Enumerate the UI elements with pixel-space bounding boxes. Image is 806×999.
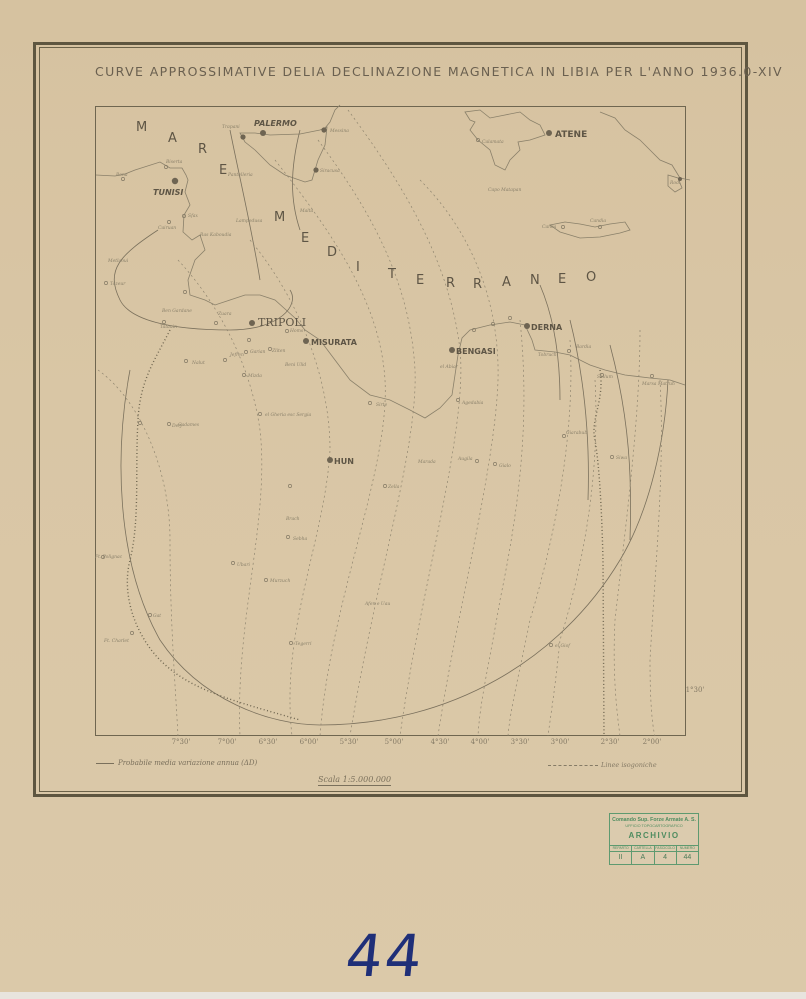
city-dot-messina (321, 127, 326, 132)
svg-text:Beni Ulid: Beni Ulid (284, 362, 306, 368)
sea-letter: N (530, 273, 540, 288)
legend-solid-label: Probabile media variazione annua (ΔD) (118, 759, 257, 767)
isogonic-label: 3°00' (551, 738, 570, 746)
curve-solid-2 (121, 370, 668, 725)
svg-text:Tatauin: Tatauin (160, 324, 177, 330)
isogonic-label: 2°30' (601, 738, 620, 746)
svg-text:Zliten: Zliten (271, 348, 285, 354)
svg-text:Mizda: Mizda (247, 373, 262, 379)
isogonic-label: 6°00' (300, 738, 319, 746)
coastline-greece (465, 110, 545, 170)
svg-text:Gialo: Gialo (499, 463, 511, 469)
curve-solid-5 (540, 285, 560, 400)
svg-text:Siwa: Siwa (616, 455, 627, 461)
stamp-command: Comando Sup. Forze Armate A. S. (610, 817, 698, 823)
city-dot-tripoli (249, 320, 255, 326)
sea-letter: E (416, 273, 424, 288)
svg-text:Pantelleria: Pantelleria (227, 172, 253, 178)
svg-text:el Gheria esc Sergia: el Gheria esc Sergia (265, 412, 312, 418)
city-label-palermo: PALERMO (254, 119, 297, 128)
svg-text:Zuara: Zuara (217, 311, 232, 317)
city-dot-palermo (260, 130, 266, 136)
city-label-hun: HUN (334, 457, 354, 466)
svg-text:Tobruch: Tobruch (538, 352, 557, 358)
svg-text:Agedabia: Agedabia (461, 400, 484, 406)
svg-text:Bona: Bona (115, 172, 128, 178)
isogonic-4-00 (478, 320, 524, 736)
sea-letter: R (473, 277, 482, 292)
sea-letter: I (356, 260, 360, 275)
stamp-cell-fascicolo: FASCICOLO 4 (655, 846, 677, 864)
sea-letter: O (586, 270, 596, 285)
isogonic-label: 5°30' (340, 738, 359, 746)
city-label-derna: DERNA (531, 323, 563, 332)
stamp-cell-cartella: CARTELLA A (632, 846, 654, 864)
dashed-line-swatch (548, 765, 598, 766)
stamp-office: UFFICIO TOPOCARTOGRAFICO (610, 824, 698, 828)
city-label-bengasi: BENGASI (456, 347, 496, 356)
coastline-crete (550, 222, 630, 238)
sea-letter: E (558, 272, 566, 287)
city-dot-derna (524, 323, 530, 329)
svg-text:Giarabub: Giarabub (566, 430, 587, 436)
coastline-italy-calabria (325, 105, 340, 128)
stamp-cell-reparto: REPARTO II (610, 846, 632, 864)
solid-line-swatch (96, 763, 114, 764)
side-isogonic-label: 1°30' (686, 686, 705, 694)
svg-text:Augila: Augila (457, 456, 473, 462)
sea-letter: M (274, 210, 285, 225)
svg-text:Cairuan: Cairuan (158, 225, 176, 231)
svg-text:Trapani: Trapani (222, 124, 240, 130)
legend-dashed-label: Linee isogoniche (601, 761, 657, 769)
city-dot-misurata (303, 338, 309, 344)
sea-letter: E (301, 231, 309, 246)
city-dot-hun (327, 457, 333, 463)
sea-letter: A (502, 275, 511, 290)
svg-text:Brach: Brach (285, 516, 300, 522)
svg-text:Rodi: Rodi (669, 180, 681, 186)
svg-text:Tegerri: Tegerri (295, 641, 312, 647)
isogonic-label: 5°00' (385, 738, 404, 746)
isogonic-7-00 (178, 260, 262, 736)
isogonic-2-30 (614, 330, 640, 736)
isogonic-3-30 (508, 340, 571, 736)
city-dot-tunisi (172, 178, 178, 184)
map-scale: Scala 1:5.000.000 (318, 775, 391, 786)
isogonic-label: 4°00' (471, 738, 490, 746)
city-dot-siracusa (313, 167, 318, 172)
sea-letter: D (327, 245, 337, 260)
isogonic-label: 3°30' (511, 738, 530, 746)
coastline-sicily (240, 127, 327, 182)
svg-text:Malta: Malta (299, 208, 314, 214)
frontier-libya-east (594, 370, 604, 736)
sea-letter: A (168, 131, 177, 146)
city-label-misurata: MISURATA (311, 338, 358, 347)
sea-letter: T (387, 267, 396, 282)
coastline-aegean-islands (600, 112, 690, 180)
svg-text:Messina: Messina (329, 128, 349, 134)
scan-bottom-edge (0, 992, 806, 999)
frontier-libya-west (127, 330, 300, 720)
isogonic-5-00 (348, 110, 461, 736)
isogonic-label: 4°30' (431, 738, 450, 746)
isogonic-label: 6°30' (259, 738, 278, 746)
svg-text:Biserta: Biserta (165, 159, 183, 165)
sea-letter: R (446, 276, 455, 291)
sea-letter: R (198, 142, 207, 157)
svg-text:Nalut: Nalut (191, 360, 205, 366)
svg-text:Ft. Charlet: Ft. Charlet (103, 638, 129, 644)
svg-text:Homs: Homs (289, 328, 304, 334)
isogonic-5-30 (318, 140, 415, 736)
city-label-tunisi: TUNISI (153, 188, 183, 197)
svg-text:Garian: Garian (250, 349, 266, 355)
svg-text:Calamata: Calamata (482, 139, 504, 145)
svg-text:Ubari: Ubari (237, 562, 251, 568)
isogonic-7-30 (98, 370, 178, 736)
svg-text:Zella: Zella (387, 484, 400, 490)
svg-text:Siracusa: Siracusa (320, 168, 340, 174)
isogonic-label: 7°30' (172, 738, 191, 746)
svg-text:Metlaoui: Metlaoui (107, 258, 129, 264)
curve-solid-3 (230, 130, 260, 280)
svg-text:Tozeur: Tozeur (110, 281, 126, 287)
isogonic-2-00 (650, 380, 661, 736)
svg-text:Sirte: Sirte (376, 402, 387, 408)
svg-text:Afen e Uau: Afen e Uau (364, 601, 390, 607)
stamp-cell-numero: NUMERO 44 (677, 846, 698, 864)
svg-text:Lampedusa: Lampedusa (235, 218, 263, 224)
svg-text:Derj: Derj (171, 423, 182, 429)
archive-stamp: Comando Sup. Forze Armate A. S. UFFICIO … (609, 813, 699, 865)
svg-text:Sebha: Sebha (293, 536, 308, 542)
svg-text:Ft. Polignac: Ft. Polignac (94, 554, 123, 560)
city-dot-bengasi (449, 347, 455, 353)
svg-text:Canea: Canea (542, 224, 557, 230)
legend-dashed-line: Linee isogoniche (548, 761, 657, 769)
sea-letter: E (219, 163, 227, 178)
svg-text:el Giof: el Giof (555, 643, 571, 649)
svg-text:Jefren: Jefren (229, 352, 244, 358)
stamp-archive: ARCHIVIO (610, 831, 698, 840)
isogonic-label: 2°00' (643, 738, 662, 746)
svg-text:el Abiar: el Abiar (440, 364, 459, 370)
svg-text:Murzuch: Murzuch (269, 578, 290, 584)
city-dot-atene (546, 130, 552, 136)
svg-text:Sollum: Sollum (597, 374, 613, 380)
handwritten-page-number: 44 (342, 922, 427, 990)
svg-text:Gat: Gat (153, 613, 161, 619)
svg-text:Sfax: Sfax (188, 213, 198, 219)
city-label-tripoli: TRIPOLI (258, 316, 306, 329)
city-dot-trapani (240, 134, 245, 139)
isogonic-label: 7°00' (218, 738, 237, 746)
svg-text:Capo Matapan: Capo Matapan (488, 187, 521, 193)
svg-text:Marsa Matruh: Marsa Matruh (641, 381, 675, 387)
svg-text:Marada: Marada (417, 459, 436, 465)
svg-text:Candia: Candia (590, 218, 606, 224)
svg-text:Bardia: Bardia (575, 344, 591, 350)
stamp-grid: REPARTO II CARTELLA A FASCICOLO 4 NUMERO… (610, 845, 698, 864)
isogonic-6-30 (250, 240, 330, 736)
sea-letter: M (136, 120, 147, 135)
legend-solid-line: Probabile media variazione annua (ΔD) (96, 759, 257, 767)
svg-text:Ben Gardane: Ben Gardane (161, 308, 192, 314)
city-label-atene: ATENE (555, 130, 587, 140)
svg-text:Ras Kaboudia: Ras Kaboudia (199, 232, 232, 238)
